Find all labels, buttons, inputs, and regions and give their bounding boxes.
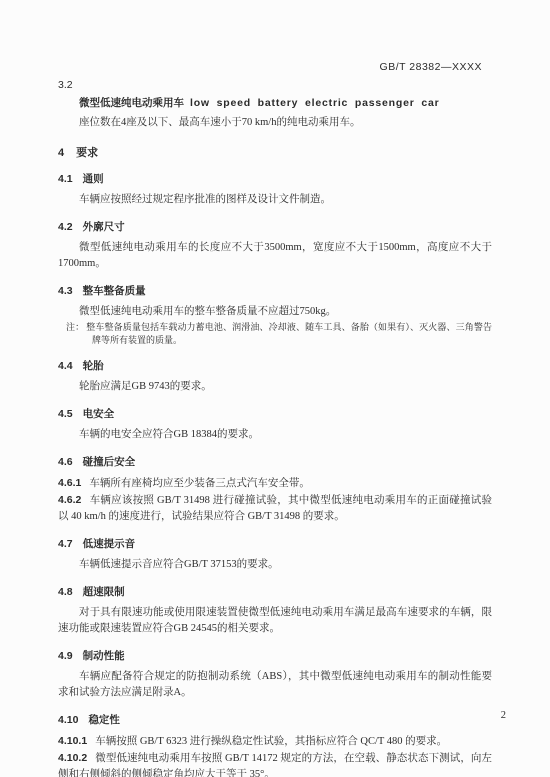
section-4.3-paragraph-1: 微型低速纯电动乘用车的整车整备质量不应超过750kg。 [58, 304, 492, 320]
section-heading-4.6: 4.6碰撞后安全 [58, 455, 492, 469]
section-4.10: 4.10稳定性4.10.1车辆按照 GB/T 6323 进行操纵稳定性试验，其指… [58, 713, 492, 777]
section-4.8: 4.8超速限制对于具有限速功能或使用限速装置使微型低速纯电动乘用车满足最高车速要… [58, 585, 492, 637]
section-4.2: 4.2外廓尺寸微型低速纯电动乘用车的长度应不大于3500mm，宽度应不大于150… [58, 220, 492, 272]
section-title: 通则 [83, 173, 104, 185]
sections: 4.1通则车辆应按照经过规定程序批准的图样及设计文件制造。4.2外廓尺寸微型低速… [58, 172, 492, 777]
clause-text: 车辆按照 GB/T 6323 进行操纵稳定性试验，其指标应符合 QC/T 480… [95, 736, 447, 747]
section-4.1-paragraph-1: 车辆应按照经过规定程序批准的图样及设计文件制造。 [58, 192, 492, 208]
section-4.3: 4.3整车整备质量微型低速纯电动乘用车的整车整备质量不应超过750kg。注：整车… [58, 284, 492, 347]
clause-number: 4.10.1 [58, 735, 87, 747]
section-title: 整车整备质量 [83, 285, 146, 297]
section-title: 外廓尺寸 [83, 221, 125, 233]
section-number: 4.2 [58, 221, 73, 233]
page-number: 2 [501, 710, 506, 721]
section-heading-4.1: 4.1通则 [58, 172, 492, 186]
section-heading-4.9: 4.9制动性能 [58, 649, 492, 663]
clause-number: 4.10.2 [58, 752, 87, 764]
section-4.6: 4.6碰撞后安全4.6.1车辆所有座椅均应至少装备三点式汽车安全带。4.6.2车… [58, 455, 492, 525]
section-heading-4.8: 4.8超速限制 [58, 585, 492, 599]
clause-number: 4.6.2 [58, 494, 81, 506]
section-title: 碰撞后安全 [83, 456, 136, 468]
doc-number-header: GB/T 28382—XXXX [58, 0, 492, 74]
clause-text: 车辆所有座椅均应至少装备三点式汽车安全带。 [89, 478, 310, 489]
definition-number: 3.2 [58, 79, 492, 92]
section-4.5-paragraph-1: 车辆的电安全应符合GB 18384的要求。 [58, 427, 492, 443]
section-4.3-note: 注：整车整备质量包括车载动力蓄电池、润滑油、冷却液、随车工具、备胎（如果有）、灭… [66, 321, 492, 347]
definition-term: 微型低速纯电动乘用车low speed battery electric pas… [58, 96, 492, 111]
clause-4.10.1: 4.10.1车辆按照 GB/T 6323 进行操纵稳定性试验，其指标应符合 QC… [58, 733, 492, 750]
clause-number: 4.6.1 [58, 477, 81, 489]
clause-4.6.2: 4.6.2车辆应该按照 GB/T 31498 进行碰撞试验，其中微型低速纯电动乘… [58, 492, 492, 525]
section-number: 4.7 [58, 538, 73, 550]
section-4.4-paragraph-1: 轮胎应满足GB 9743的要求。 [58, 379, 492, 395]
section-number: 4.4 [58, 360, 73, 372]
clause-4.6.1: 4.6.1车辆所有座椅均应至少装备三点式汽车安全带。 [58, 475, 492, 492]
section-heading-4.2: 4.2外廓尺寸 [58, 220, 492, 234]
section-title: 低速提示音 [83, 538, 136, 550]
section-number: 4.6 [58, 456, 73, 468]
definition-term-en: low speed battery electric passenger car [190, 97, 440, 109]
definition-text: 座位数在4座及以下、最高车速小于70 km/h的纯电动乘用车。 [58, 115, 492, 130]
section-title: 超速限制 [83, 586, 125, 598]
section-number: 4.10 [58, 714, 78, 726]
chapter-heading: 4要求 [58, 146, 492, 160]
section-4.1: 4.1通则车辆应按照经过规定程序批准的图样及设计文件制造。 [58, 172, 492, 208]
section-number: 4.1 [58, 173, 73, 185]
section-number: 4.3 [58, 285, 73, 297]
chapter-number: 4 [58, 147, 64, 159]
section-number: 4.9 [58, 650, 73, 662]
section-4.9: 4.9制动性能车辆应配备符合规定的防抱制动系统（ABS），其中微型低速纯电动乘用… [58, 649, 492, 701]
section-heading-4.3: 4.3整车整备质量 [58, 284, 492, 298]
note-text: 整车整备质量包括车载动力蓄电池、润滑油、冷却液、随车工具、备胎（如果有）、灭火器… [86, 322, 492, 345]
note-label: 注： [66, 322, 84, 332]
section-title: 电安全 [83, 408, 115, 420]
section-title: 制动性能 [83, 650, 125, 662]
section-4.9-paragraph-1: 车辆应配备符合规定的防抱制动系统（ABS），其中微型低速纯电动乘用车的制动性能要… [58, 669, 492, 701]
section-heading-4.4: 4.4轮胎 [58, 359, 492, 373]
section-title: 稳定性 [88, 714, 120, 726]
chapter-title: 要求 [76, 147, 98, 159]
clause-4.10.2: 4.10.2微型低速纯电动乘用车按照 GB/T 14172 规定的方法，在空载、… [58, 750, 492, 777]
section-4.5: 4.5电安全车辆的电安全应符合GB 18384的要求。 [58, 407, 492, 443]
clause-text: 车辆应该按照 GB/T 31498 进行碰撞试验，其中微型低速纯电动乘用车的正面… [58, 495, 492, 522]
section-heading-4.5: 4.5电安全 [58, 407, 492, 421]
section-4.4: 4.4轮胎轮胎应满足GB 9743的要求。 [58, 359, 492, 395]
section-heading-4.10: 4.10稳定性 [58, 713, 492, 727]
document-page: GB/T 28382—XXXX 3.2 微型低速纯电动乘用车low speed … [0, 0, 550, 777]
section-4.7: 4.7低速提示音车辆低速提示音应符合GB/T 37153的要求。 [58, 537, 492, 573]
section-4.8-paragraph-1: 对于具有限速功能或使用限速装置使微型低速纯电动乘用车满足最高车速要求的车辆，限速… [58, 605, 492, 637]
section-4.7-paragraph-1: 车辆低速提示音应符合GB/T 37153的要求。 [58, 557, 492, 573]
definition-term-zh: 微型低速纯电动乘用车 [79, 97, 184, 109]
section-heading-4.7: 4.7低速提示音 [58, 537, 492, 551]
section-number: 4.8 [58, 586, 73, 598]
section-4.2-paragraph-1: 微型低速纯电动乘用车的长度应不大于3500mm，宽度应不大于1500mm，高度应… [58, 240, 492, 272]
clause-text: 微型低速纯电动乘用车按照 GB/T 14172 规定的方法，在空载、静态状态下测… [58, 753, 492, 777]
section-number: 4.5 [58, 408, 73, 420]
section-title: 轮胎 [83, 360, 104, 372]
